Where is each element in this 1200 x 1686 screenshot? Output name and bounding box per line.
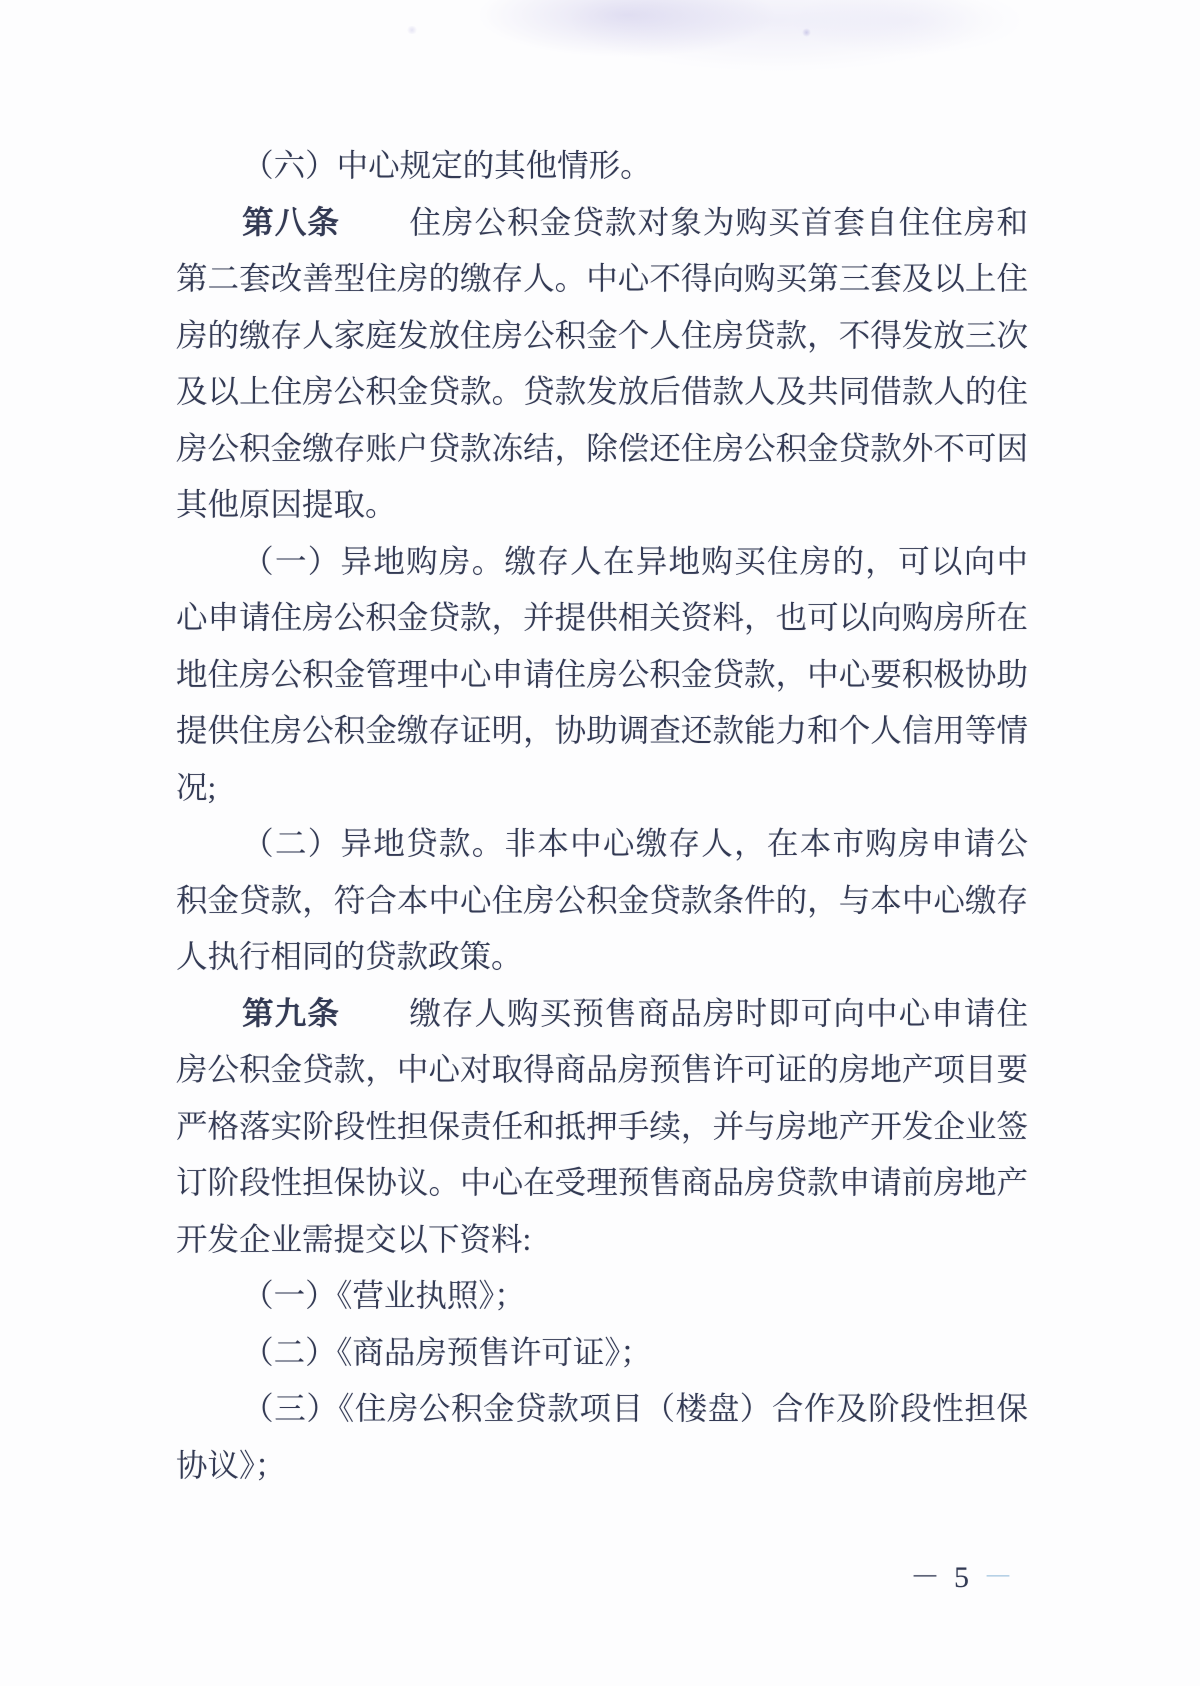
paragraph-article-8: 第八条住房公积金贷款对象为购买首套自住住房和第二套改善型住房的缴存人。中心不得向… bbox=[176, 195, 1028, 534]
paragraph-text: （二）异地贷款。非本中心缴存人，在本市购房申请公积金贷款，符合本中心住房公积金贷… bbox=[176, 826, 1028, 974]
page-number-dash-right: － bbox=[983, 1561, 1013, 1594]
paragraph-text: （六）中心规定的其他情形。 bbox=[242, 148, 652, 183]
scan-speck-artifact bbox=[406, 26, 418, 34]
paragraph-text: （一）异地购房。缴存人在异地购买住房的，可以向中心申请住房公积金贷款，并提供相关… bbox=[176, 544, 1028, 805]
document-page: （六）中心规定的其他情形。 第八条住房公积金贷款对象为购买首套自住住房和第二套改… bbox=[0, 0, 1200, 1686]
paragraph-text: （三）《住房公积金贷款项目（楼盘）合作及阶段性担保协议》； bbox=[176, 1391, 1028, 1483]
article-number: 第八条 bbox=[242, 205, 340, 240]
page-number-dash-left: － bbox=[910, 1561, 940, 1594]
paragraph-doc-item-1: （一）《营业执照》； bbox=[176, 1268, 1028, 1325]
scan-speck-artifact bbox=[802, 28, 811, 37]
scan-smudge-artifact bbox=[470, 0, 1030, 92]
page-number-value: 5 bbox=[954, 1561, 969, 1594]
paragraph-doc-item-2: （二）《商品房预售许可证》； bbox=[176, 1325, 1028, 1382]
paragraph-doc-item-3: （三）《住房公积金贷款项目（楼盘）合作及阶段性担保协议》； bbox=[176, 1381, 1028, 1494]
document-body: （六）中心规定的其他情形。 第八条住房公积金贷款对象为购买首套自住住房和第二套改… bbox=[176, 138, 1028, 1494]
paragraph-item-2-remote-loan: （二）异地贷款。非本中心缴存人，在本市购房申请公积金贷款，符合本中心住房公积金贷… bbox=[176, 816, 1028, 986]
page-number: －5－ bbox=[903, 1552, 1020, 1596]
article-number: 第九条 bbox=[242, 996, 340, 1031]
paragraph-text: 住房公积金贷款对象为购买首套自住住房和第二套改善型住房的缴存人。中心不得向购买第… bbox=[176, 205, 1028, 523]
paragraph-text: 缴存人购买预售商品房时即可向中心申请住房公积金贷款，中心对取得商品房预售许可证的… bbox=[176, 996, 1028, 1257]
paragraph-item-1-remote-purchase: （一）异地购房。缴存人在异地购买住房的，可以向中心申请住房公积金贷款，并提供相关… bbox=[176, 534, 1028, 817]
paragraph-text: （一）《营业执照》； bbox=[242, 1278, 526, 1313]
paragraph-item-6: （六）中心规定的其他情形。 bbox=[176, 138, 1028, 195]
paragraph-article-9: 第九条缴存人购买预售商品房时即可向中心申请住房公积金贷款，中心对取得商品房预售许… bbox=[176, 986, 1028, 1269]
paragraph-text: （二）《商品房预售许可证》； bbox=[242, 1335, 652, 1370]
